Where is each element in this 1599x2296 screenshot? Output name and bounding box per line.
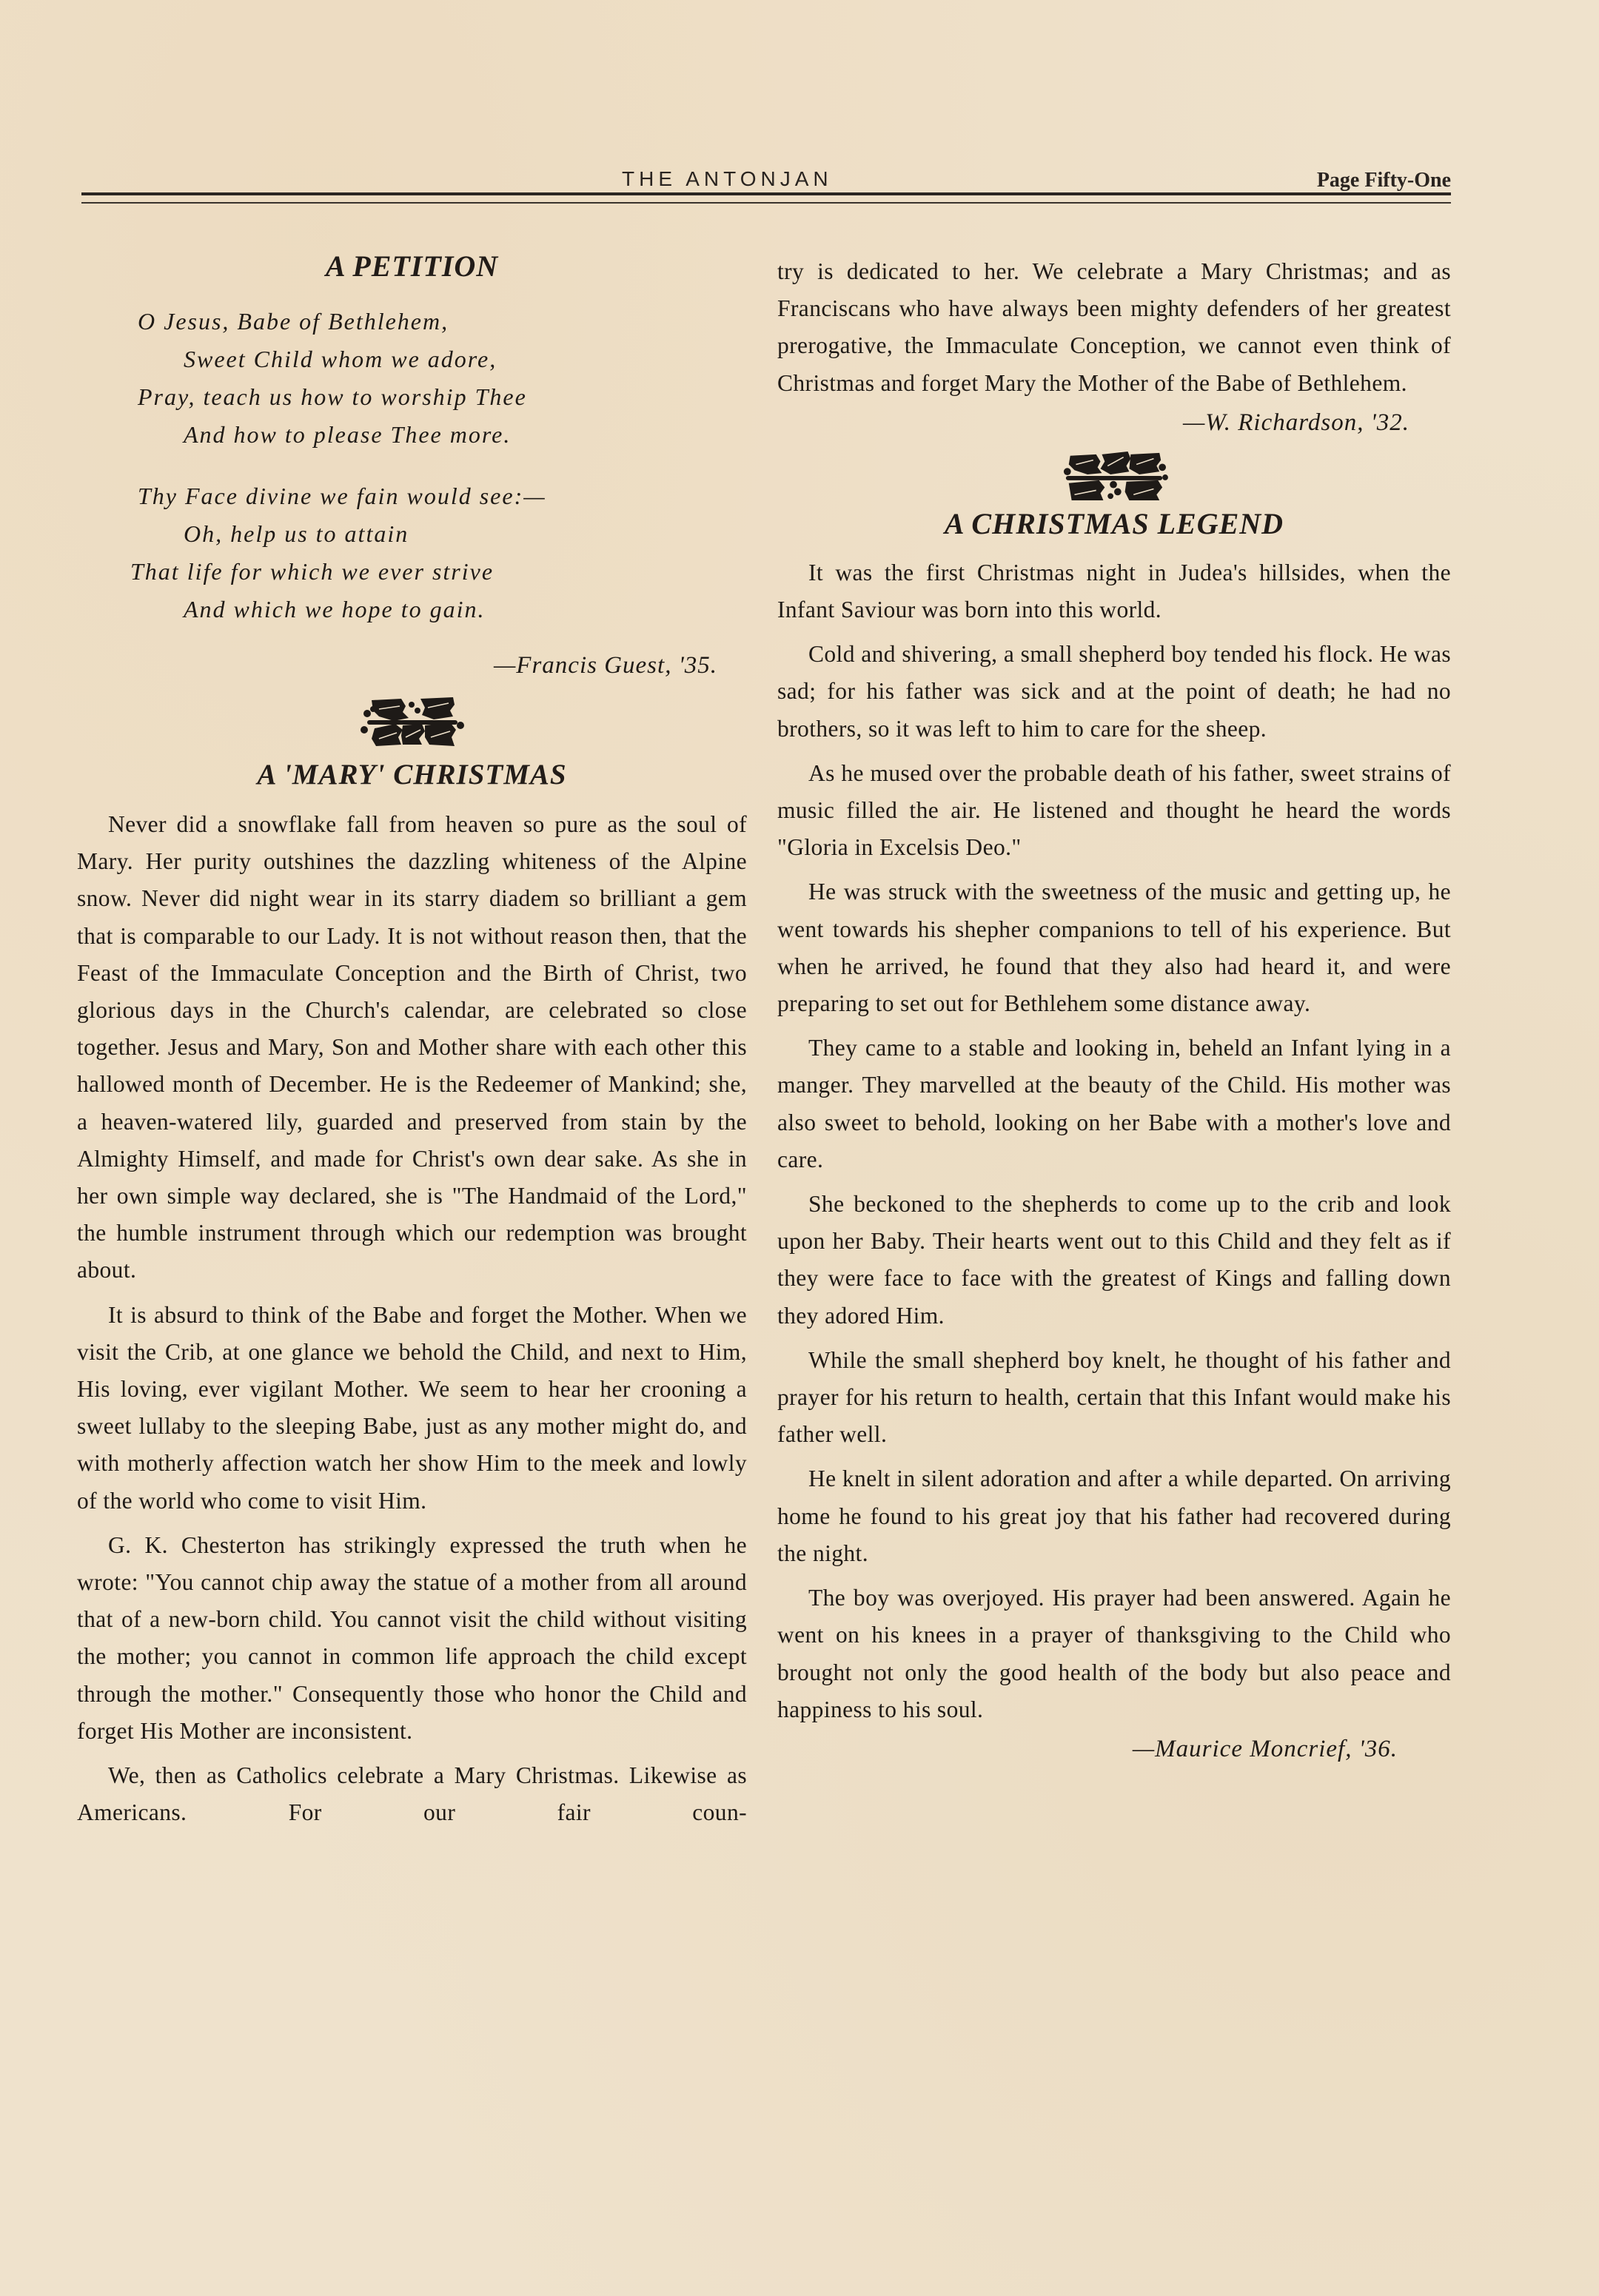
page-number: Page Fifty-One [1317, 169, 1451, 192]
paragraph: While the small shepherd boy knelt, he t… [777, 1342, 1451, 1454]
paragraph: She beckoned to the shepherds to come up… [777, 1186, 1451, 1335]
christmas-legend-byline: —Maurice Moncrief, '36. [777, 1736, 1451, 1763]
paragraph: It was the first Christmas night in Jude… [777, 554, 1451, 628]
poem-line: Thy Face divine we fain would see:— [138, 477, 747, 515]
christmas-legend-body: It was the first Christmas night in Jude… [777, 554, 1451, 1728]
magazine-page: THE ANTONJAN Page Fifty-One A PETITION O… [0, 0, 1599, 2296]
paragraph: We, then as Catholics celebrate a Mary C… [77, 1757, 747, 1831]
paragraph: Never did a snowflake fall from heaven s… [77, 806, 747, 1289]
poem-line: Sweet Child whom we adore, [138, 340, 747, 378]
holly-sprig-icon [357, 696, 468, 749]
poem-line: Oh, help us to attain [138, 515, 747, 553]
running-header: THE ANTONJAN Page Fifty-One [81, 167, 1451, 201]
publication-title: THE ANTONJAN [622, 167, 833, 191]
mary-christmas-body: Never did a snowflake fall from heaven s… [77, 806, 747, 1831]
poem-stanza: Thy Face divine we fain would see:— Oh, … [138, 477, 747, 628]
poem-line: Pray, teach us how to worship Thee [138, 378, 747, 416]
mary-christmas-continuation: try is dedicated to her. We celebrate a … [777, 253, 1451, 402]
paragraph: Cold and shivering, a small shepherd boy… [777, 636, 1451, 748]
header-rule [81, 192, 1451, 204]
poem-line: And how to please Thee more. [138, 416, 747, 454]
poem-line: That life for which we ever strive [130, 553, 747, 591]
holly-sprig-icon [1058, 450, 1170, 502]
poem-line: O Jesus, Babe of Bethlehem, [138, 303, 747, 340]
paragraph: As he mused over the probable death of h… [777, 755, 1451, 867]
paragraph: He knelt in silent adoration and after a… [777, 1460, 1451, 1572]
paragraph: He was struck with the sweetness of the … [777, 873, 1451, 1022]
poem-stanza: O Jesus, Babe of Bethlehem, Sweet Child … [138, 303, 747, 454]
petition-poem: O Jesus, Babe of Bethlehem, Sweet Child … [138, 303, 747, 628]
poem-line: And which we hope to gain. [138, 591, 747, 628]
paragraph: It is absurd to think of the Babe and fo… [77, 1297, 747, 1520]
paragraph: They came to a stable and looking in, be… [777, 1030, 1451, 1178]
mary-christmas-byline: —W. Richardson, '32. [777, 409, 1451, 437]
paragraph: The boy was overjoyed. His prayer had be… [777, 1580, 1451, 1728]
christmas-legend-title: A CHRISTMAS LEGEND [777, 506, 1451, 541]
mary-christmas-title: A 'MARY' CHRISTMAS [77, 758, 747, 791]
petition-title: A PETITION [77, 249, 747, 283]
left-column: A PETITION O Jesus, Babe of Bethlehem, S… [77, 244, 747, 1839]
petition-byline: —Francis Guest, '35. [77, 652, 747, 679]
paragraph: try is dedicated to her. We celebrate a … [777, 253, 1451, 402]
paragraph: G. K. Chesterton has strikingly expresse… [77, 1527, 747, 1750]
right-column: try is dedicated to her. We celebrate a … [777, 253, 1451, 1763]
